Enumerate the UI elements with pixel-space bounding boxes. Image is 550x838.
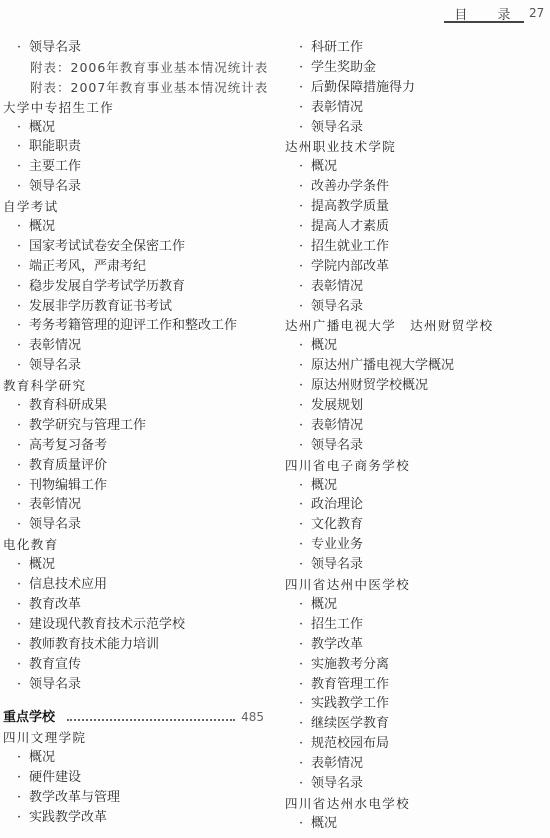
bullet-icon: ·: [17, 675, 29, 695]
toc-subitem[interactable]: ·教育科研成果: [3, 396, 278, 416]
toc-subitem[interactable]: ·概况: [285, 595, 547, 615]
toc-subitem[interactable]: ·领导名录: [285, 555, 547, 575]
toc-subitem-label: 招生就业工作: [311, 239, 389, 254]
toc-subitem[interactable]: ·招生工作: [285, 615, 547, 635]
toc-page-number: 485: [241, 708, 264, 728]
toc-subitem[interactable]: ·领导名录: [285, 774, 547, 794]
toc-section-heading[interactable]: 四川省达州中医学校: [285, 575, 547, 595]
bullet-icon: ·: [17, 118, 29, 138]
toc-subitem[interactable]: ·教育管理工作: [285, 675, 547, 695]
toc-subitem[interactable]: ·国家考试试卷安全保密工作: [3, 237, 278, 257]
bullet-icon: ·: [299, 78, 311, 98]
toc-subitem[interactable]: ·规范校园布局: [285, 734, 547, 754]
bullet-icon: ·: [299, 277, 311, 297]
toc-subitem-label: 硬件建设: [29, 770, 81, 785]
bullet-icon: ·: [17, 595, 29, 615]
toc-subitem[interactable]: ·领导名录: [3, 177, 278, 197]
toc-subitem[interactable]: ·实践教学工作: [285, 694, 547, 714]
toc-subitem-label: 教育管理工作: [311, 677, 389, 692]
bullet-icon: ·: [299, 177, 311, 197]
toc-subitem-label: 领导名录: [311, 299, 363, 314]
toc-subitem-label: 概况: [311, 159, 337, 174]
toc-subitem-label: 教学改革与管理: [29, 790, 120, 805]
toc-subitem-label: 概况: [29, 120, 55, 135]
toc-subitem[interactable]: ·提高人才素质: [285, 217, 547, 237]
toc-subitem-label: 职能职责: [29, 139, 81, 154]
toc-subitem-label: 概况: [29, 557, 55, 572]
bullet-icon: ·: [299, 734, 311, 754]
toc-subitem-label: 表彰情况: [311, 756, 363, 771]
toc-subitem-label: 领导名录: [29, 358, 81, 373]
toc-subitem-label: 领导名录: [311, 438, 363, 453]
toc-subitem-label: 主要工作: [29, 159, 81, 174]
toc-subitem[interactable]: ·提高教学质量: [285, 197, 547, 217]
toc-subitem[interactable]: ·信息技术应用: [3, 575, 278, 595]
toc-subitem[interactable]: ·考务考籍管理的迎评工作和整改工作: [3, 316, 278, 336]
toc-subitem[interactable]: ·表彰情况: [285, 277, 547, 297]
toc-subitem[interactable]: ·概况: [285, 336, 547, 356]
toc-subitem-label: 规范校园布局: [311, 736, 389, 751]
bullet-icon: ·: [299, 396, 311, 416]
toc-chapter-entry[interactable]: 重点学校485: [3, 708, 278, 728]
toc-section-heading[interactable]: 四川文理学院: [3, 728, 278, 748]
toc-subitem[interactable]: ·教育质量评价: [3, 456, 278, 476]
bullet-icon: ·: [299, 814, 311, 834]
toc-subitem[interactable]: ·表彰情况: [3, 495, 278, 515]
bullet-icon: ·: [299, 515, 311, 535]
toc-subitem[interactable]: ·概况: [3, 217, 278, 237]
toc-subitem[interactable]: ·表彰情况: [285, 416, 547, 436]
bullet-icon: ·: [17, 177, 29, 197]
bullet-icon: ·: [299, 38, 311, 58]
toc-section-heading[interactable]: 大学中专招生工作: [3, 98, 278, 118]
toc-subitem-label: 概况: [311, 597, 337, 612]
toc-subitem-label: 概况: [311, 816, 337, 831]
toc-subitem-label: 招生工作: [311, 617, 363, 632]
toc-subitem[interactable]: ·硬件建设: [3, 768, 278, 788]
toc-subitem[interactable]: ·表彰情况: [285, 98, 547, 118]
bullet-icon: ·: [299, 217, 311, 237]
toc-subitem-label: 教育科研成果: [29, 398, 107, 413]
bullet-icon: ·: [17, 297, 29, 317]
toc-subitem-label: 文化教育: [311, 517, 363, 532]
bullet-icon: ·: [17, 555, 29, 575]
toc-subitem-label: 稳步发展自学考试学历教育: [29, 279, 185, 294]
bullet-icon: ·: [17, 356, 29, 376]
toc-subitem-label: 领导名录: [311, 557, 363, 572]
toc-subitem-label: 概况: [29, 219, 55, 234]
toc-subitem-label: 发展非学历教育证书考试: [29, 299, 172, 314]
bullet-icon: ·: [17, 456, 29, 476]
toc-subitem[interactable]: ·原达州财贸学校概况: [285, 376, 547, 396]
bullet-icon: ·: [299, 615, 311, 635]
toc-subitem[interactable]: ·高考复习备考: [3, 436, 278, 456]
toc-subitem[interactable]: ·文化教育: [285, 515, 547, 535]
toc-subitem[interactable]: ·概况: [3, 118, 278, 138]
toc-subitem[interactable]: ·领导名录: [3, 356, 278, 376]
bullet-icon: ·: [17, 416, 29, 436]
bullet-icon: ·: [17, 476, 29, 496]
toc-subitem-label: 概况: [311, 478, 337, 493]
toc-subitem-label: 提高教学质量: [311, 199, 389, 214]
toc-section-heading[interactable]: 四川省电子商务学校: [285, 456, 547, 476]
toc-subitem[interactable]: ·领导名录: [285, 297, 547, 317]
toc-subitem-label: 表彰情况: [29, 338, 81, 353]
bullet-icon: ·: [299, 655, 311, 675]
toc-chapter-title: 重点学校: [3, 708, 55, 728]
bullet-icon: ·: [17, 495, 29, 515]
toc-subitem[interactable]: ·教育宣传: [3, 655, 278, 675]
bullet-icon: ·: [17, 157, 29, 177]
bullet-icon: ·: [299, 257, 311, 277]
toc-subitem[interactable]: ·领导名录: [285, 118, 547, 138]
toc-subitem-label: 国家考试试卷安全保密工作: [29, 239, 185, 254]
toc-appendix-entry[interactable]: 附表：2006年教育事业基本情况统计表: [3, 58, 278, 78]
page-header: 目 录 27: [0, 0, 550, 30]
bullet-icon: ·: [17, 768, 29, 788]
toc-subitem[interactable]: ·实施教考分离: [285, 655, 547, 675]
toc-subitem[interactable]: ·政治理论: [285, 495, 547, 515]
bullet-icon: ·: [17, 217, 29, 237]
bullet-icon: ·: [17, 237, 29, 257]
toc-subitem[interactable]: ·原达州广播电视大学概况: [285, 356, 547, 376]
toc-appendix-entry[interactable]: 附表：2007年教育事业基本情况统计表: [3, 78, 278, 98]
toc-subitem[interactable]: ·职能职责: [3, 137, 278, 157]
toc-subitem-label: 学院内部改革: [311, 259, 389, 274]
toc-subitem[interactable]: ·后勤保障措施得力: [285, 78, 547, 98]
toc-subitem-label: 实践教学改革: [29, 810, 107, 825]
toc-section-heading[interactable]: 四川省达州水电学校: [285, 794, 547, 814]
bullet-icon: ·: [17, 575, 29, 595]
toc-subitem-label: 专业业务: [311, 537, 363, 552]
bullet-icon: ·: [299, 336, 311, 356]
toc-subitem[interactable]: ·领导名录: [3, 38, 278, 58]
toc-subitem[interactable]: ·领导名录: [285, 436, 547, 456]
toc-subitem-label: 领导名录: [311, 776, 363, 791]
toc-subitem[interactable]: ·稳步发展自学考试学历教育: [3, 277, 278, 297]
bullet-icon: ·: [17, 38, 29, 58]
toc-subitem-label: 教学研究与管理工作: [29, 418, 146, 433]
toc-subitem-label: 信息技术应用: [29, 577, 107, 592]
toc-subitem-label: 领导名录: [29, 677, 81, 692]
toc-subitem[interactable]: ·概况: [285, 814, 547, 834]
bullet-icon: ·: [299, 297, 311, 317]
bullet-icon: ·: [299, 416, 311, 436]
toc-subitem-label: 科研工作: [311, 40, 363, 55]
bullet-icon: ·: [299, 754, 311, 774]
bullet-icon: ·: [17, 137, 29, 157]
bullet-icon: ·: [17, 515, 29, 535]
toc-subitem[interactable]: ·概况: [3, 555, 278, 575]
toc-subitem[interactable]: ·招生就业工作: [285, 237, 547, 257]
bullet-icon: ·: [299, 376, 311, 396]
toc-subitem[interactable]: ·学院内部改革: [285, 257, 547, 277]
bullet-icon: ·: [17, 396, 29, 416]
bullet-icon: ·: [299, 774, 311, 794]
bullet-icon: ·: [17, 788, 29, 808]
bullet-icon: ·: [299, 197, 311, 217]
toc-subitem[interactable]: ·实践教学改革: [3, 808, 278, 828]
toc-subitem-label: 政治理论: [311, 497, 363, 512]
bullet-icon: ·: [299, 635, 311, 655]
bullet-icon: ·: [299, 58, 311, 78]
toc-subitem[interactable]: ·领导名录: [3, 675, 278, 695]
bullet-icon: ·: [299, 157, 311, 177]
toc-subitem[interactable]: ·发展非学历教育证书考试: [3, 297, 278, 317]
toc-subitem-label: 领导名录: [29, 179, 81, 194]
toc-subitem-label: 考务考籍管理的迎评工作和整改工作: [29, 318, 237, 333]
toc-subitem-label: 概况: [311, 338, 337, 353]
toc-right-column: ·科研工作·学生奖助金·后勤保障措施得力·表彰情况·领导名录达州职业技术学院·概…: [285, 38, 547, 834]
toc-subitem-label: 教育宣传: [29, 657, 81, 672]
toc-subitem-label: 发展规划: [311, 398, 363, 413]
toc-subitem-label: 提高人才素质: [311, 219, 389, 234]
toc-subitem[interactable]: ·科研工作: [285, 38, 547, 58]
toc-subitem[interactable]: ·表彰情况: [3, 336, 278, 356]
toc-subitem-label: 刊物编辑工作: [29, 478, 107, 493]
bullet-icon: ·: [299, 98, 311, 118]
bullet-icon: ·: [17, 277, 29, 297]
toc-subitem-label: 实践教学工作: [311, 696, 389, 711]
toc-subitem-label: 领导名录: [311, 120, 363, 135]
page-number: 27: [529, 6, 544, 20]
toc-subitem-label: 改善办学条件: [311, 179, 389, 194]
toc-subitem[interactable]: ·教学研究与管理工作: [3, 416, 278, 436]
bullet-icon: ·: [17, 316, 29, 336]
toc-subitem-label: 领导名录: [29, 40, 81, 55]
bullet-icon: ·: [17, 615, 29, 635]
toc-subitem-label: 教学改革: [311, 637, 363, 652]
toc-subitem[interactable]: ·教学改革: [285, 635, 547, 655]
bullet-icon: ·: [299, 675, 311, 695]
bullet-icon: ·: [17, 336, 29, 356]
toc-left-column: ·领导名录附表：2006年教育事业基本情况统计表附表：2007年教育事业基本情况…: [3, 38, 278, 828]
toc-subitem[interactable]: ·学生奖助金: [285, 58, 547, 78]
bullet-icon: ·: [299, 436, 311, 456]
dot-leader: [67, 719, 235, 721]
toc-section-heading[interactable]: 达州广播电视大学 达州财贸学校: [285, 316, 547, 336]
toc-subitem[interactable]: ·领导名录: [3, 515, 278, 535]
bullet-icon: ·: [299, 476, 311, 496]
toc-subitem-label: 学生奖助金: [311, 60, 376, 75]
toc-subitem-label: 教育质量评价: [29, 458, 107, 473]
toc-subitem-label: 原达州广播电视大学概况: [311, 358, 454, 373]
bullet-icon: ·: [17, 436, 29, 456]
toc-subitem-label: 表彰情况: [29, 497, 81, 512]
toc-subitem[interactable]: ·概况: [285, 476, 547, 496]
toc-subitem-label: 教育改革: [29, 597, 81, 612]
bullet-icon: ·: [299, 555, 311, 575]
bullet-icon: ·: [17, 257, 29, 277]
toc-subitem-label: 表彰情况: [311, 279, 363, 294]
toc-subitem-label: 领导名录: [29, 517, 81, 532]
bullet-icon: ·: [299, 535, 311, 555]
toc-subitem-label: 表彰情况: [311, 100, 363, 115]
toc-subitem[interactable]: ·概况: [3, 748, 278, 768]
toc-subitem-label: 后勤保障措施得力: [311, 80, 415, 95]
toc-section-heading[interactable]: 达州职业技术学院: [285, 137, 547, 157]
bullet-icon: ·: [299, 714, 311, 734]
toc-subitem-label: 高考复习备考: [29, 438, 107, 453]
bullet-icon: ·: [299, 118, 311, 138]
toc-subitem-label: 表彰情况: [311, 418, 363, 433]
toc-subitem-label: 概况: [29, 750, 55, 765]
toc-subitem[interactable]: ·教育改革: [3, 595, 278, 615]
toc-section-heading[interactable]: 教育科学研究: [3, 376, 278, 396]
toc-subitem[interactable]: ·刊物编辑工作: [3, 476, 278, 496]
toc-section-heading[interactable]: 电化教育: [3, 535, 278, 555]
toc-subitem[interactable]: ·发展规划: [285, 396, 547, 416]
toc-subitem[interactable]: ·表彰情况: [285, 754, 547, 774]
toc-subitem-label: 建设现代教育技术示范学校: [29, 617, 185, 632]
toc-subitem-label: 继续医学教育: [311, 716, 389, 731]
bullet-icon: ·: [17, 808, 29, 828]
toc-subitem[interactable]: ·教师教育技术能力培训: [3, 635, 278, 655]
bullet-icon: ·: [299, 237, 311, 257]
toc-subitem[interactable]: ·主要工作: [3, 157, 278, 177]
toc-subitem[interactable]: ·继续医学教育: [285, 714, 547, 734]
bullet-icon: ·: [299, 595, 311, 615]
bullet-icon: ·: [17, 655, 29, 675]
toc-subitem[interactable]: ·建设现代教育技术示范学校: [3, 615, 278, 635]
toc-subitem[interactable]: ·专业业务: [285, 535, 547, 555]
toc-subitem-label: 端正考风，严肃考纪: [29, 259, 146, 274]
toc-subitem[interactable]: ·概况: [285, 157, 547, 177]
toc-subitem[interactable]: ·教学改革与管理: [3, 788, 278, 808]
toc-subitem[interactable]: ·改善办学条件: [285, 177, 547, 197]
bullet-icon: ·: [17, 635, 29, 655]
bullet-icon: ·: [299, 356, 311, 376]
header-underline: [444, 21, 524, 23]
bullet-icon: ·: [299, 694, 311, 714]
toc-section-heading[interactable]: 自学考试: [3, 197, 278, 217]
toc-subitem[interactable]: ·端正考风，严肃考纪: [3, 257, 278, 277]
bullet-icon: ·: [17, 748, 29, 768]
toc-subitem-label: 原达州财贸学校概况: [311, 378, 428, 393]
toc-subitem-label: 实施教考分离: [311, 657, 389, 672]
bullet-icon: ·: [299, 495, 311, 515]
toc-subitem-label: 教师教育技术能力培训: [29, 637, 159, 652]
